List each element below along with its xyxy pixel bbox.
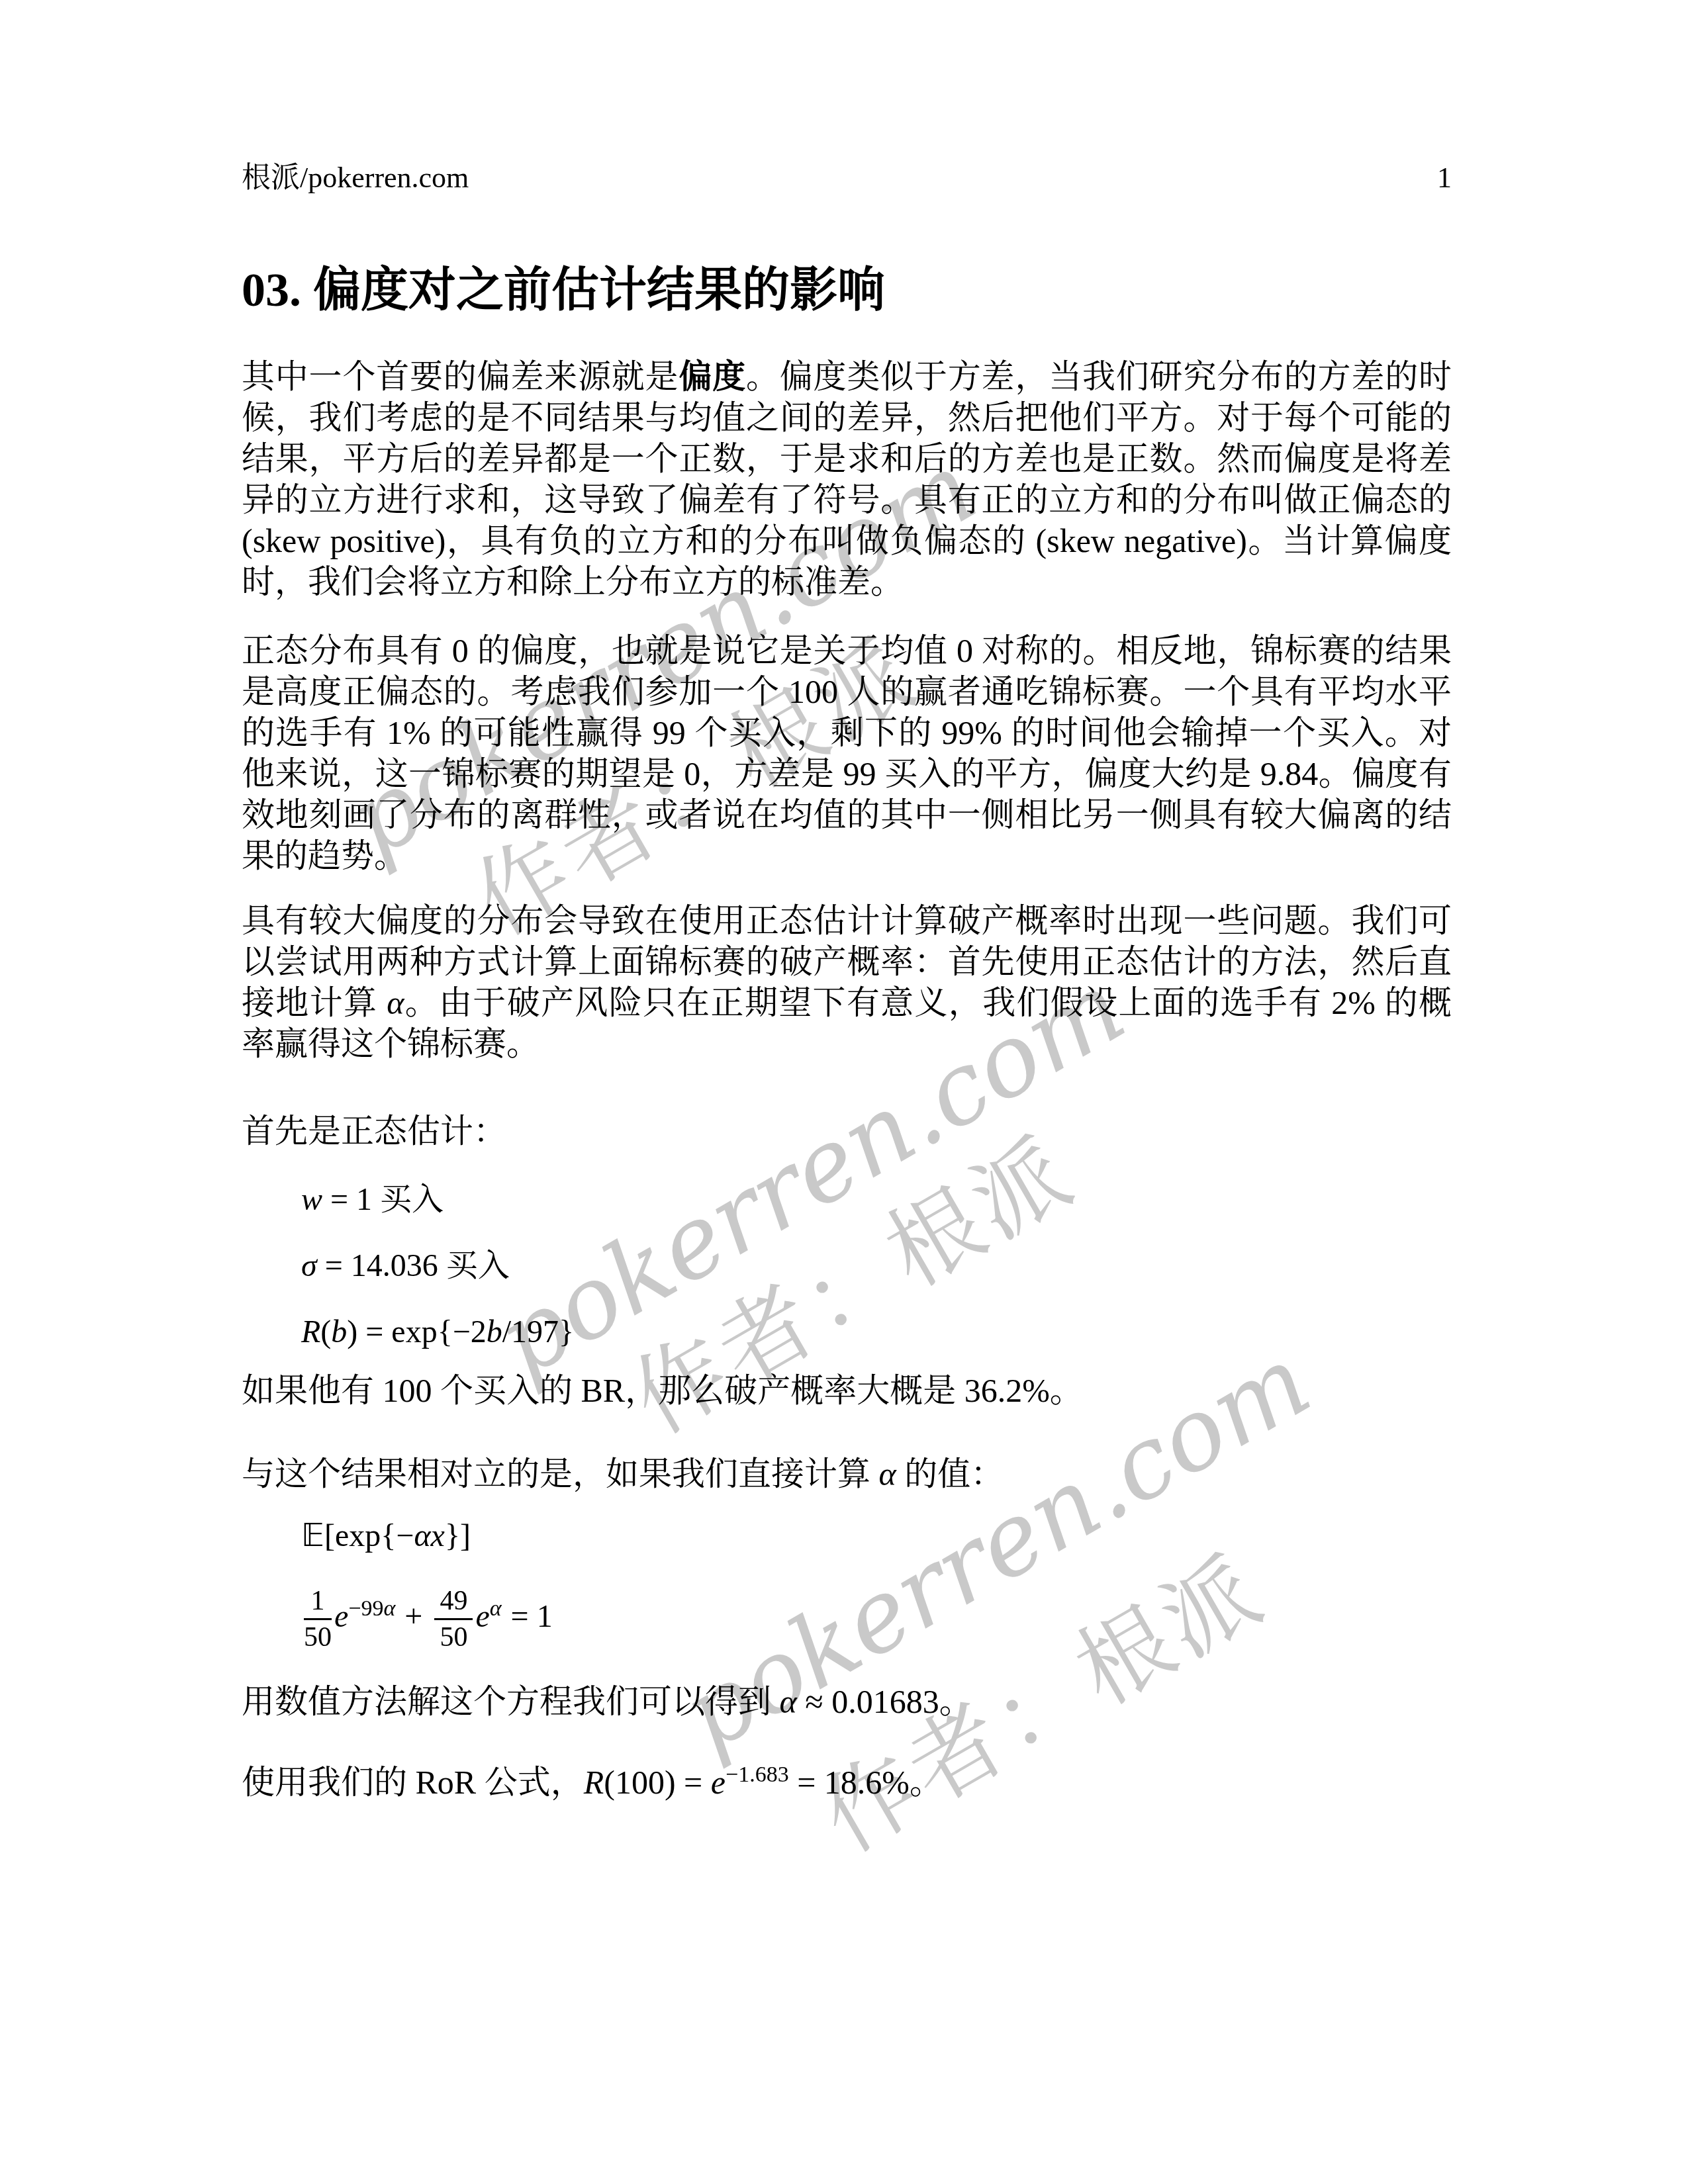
paragraph-direct-alpha-intro: 与这个结果相对立的是，如果我们直接计算 α 的值：: [242, 1453, 1452, 1494]
page-header: 根派/pokerren.com 1: [242, 161, 1452, 195]
fraction-1-50: 1 50: [304, 1585, 332, 1654]
inline-alpha: α: [780, 1683, 797, 1720]
page-number: 1: [1437, 161, 1452, 195]
inline-alpha: α: [387, 984, 404, 1021]
formula-sigma: σ = 14.036 买入: [301, 1247, 510, 1285]
section-title-text: 偏度对之前估计结果的影响: [313, 263, 885, 316]
formula-expectation: 𝔼[exp{−αx}]: [301, 1517, 471, 1555]
fraction-49-50: 49 50: [434, 1585, 473, 1654]
paragraph-tournament-example: 正态分布具有 0 的偏度，也就是说它是关于均值 0 对称的。相反地，锦标赛的结果…: [242, 630, 1452, 876]
formula-alpha-equation: 1 50 e−99α+ 49 50 eα= 1: [301, 1585, 562, 1654]
paragraph-normal-estimate-intro: 首先是正态估计：: [242, 1111, 1452, 1152]
paragraph-numeric-solution: 用数值方法解这个方程我们可以得到 α ≈ 0.01683。: [242, 1681, 1452, 1722]
paragraph-ruin-probability: 具有较大偏度的分布会导致在使用正态估计计算破产概率时出现一些问题。我们可以尝试用…: [242, 900, 1452, 1064]
paragraph-skew-definition: 其中一个首要的偏差来源就是偏度。偏度类似于方差，当我们研究分布的方差的时候，我们…: [242, 356, 1452, 602]
bold-term-skewness: 偏度: [679, 358, 746, 395]
unit-buyin: 买入: [446, 1248, 510, 1283]
paragraph-ror-formula-result: 使用我们的 RoR 公式，R(100) = e−1.683 = 18.6%。: [242, 1762, 1452, 1803]
formula-win: w = 1 买入: [301, 1181, 444, 1219]
document-page: pokerren.com 作者：根派 pokerren.com 作者：根派 po…: [0, 0, 1688, 2184]
section-title: 03.偏度对之前估计结果的影响: [242, 263, 1452, 316]
header-site-name: 根派/pokerren.com: [242, 161, 469, 195]
inline-alpha: α: [879, 1455, 896, 1492]
paragraph-ror-result: 如果他有 100 个买入的 BR，那么破产概率大概是 36.2%。: [242, 1370, 1452, 1411]
formula-ror: R(b) = exp{−2b/197}: [301, 1313, 574, 1351]
unit-buyin: 买入: [380, 1182, 444, 1217]
section-number: 03.: [242, 263, 301, 316]
